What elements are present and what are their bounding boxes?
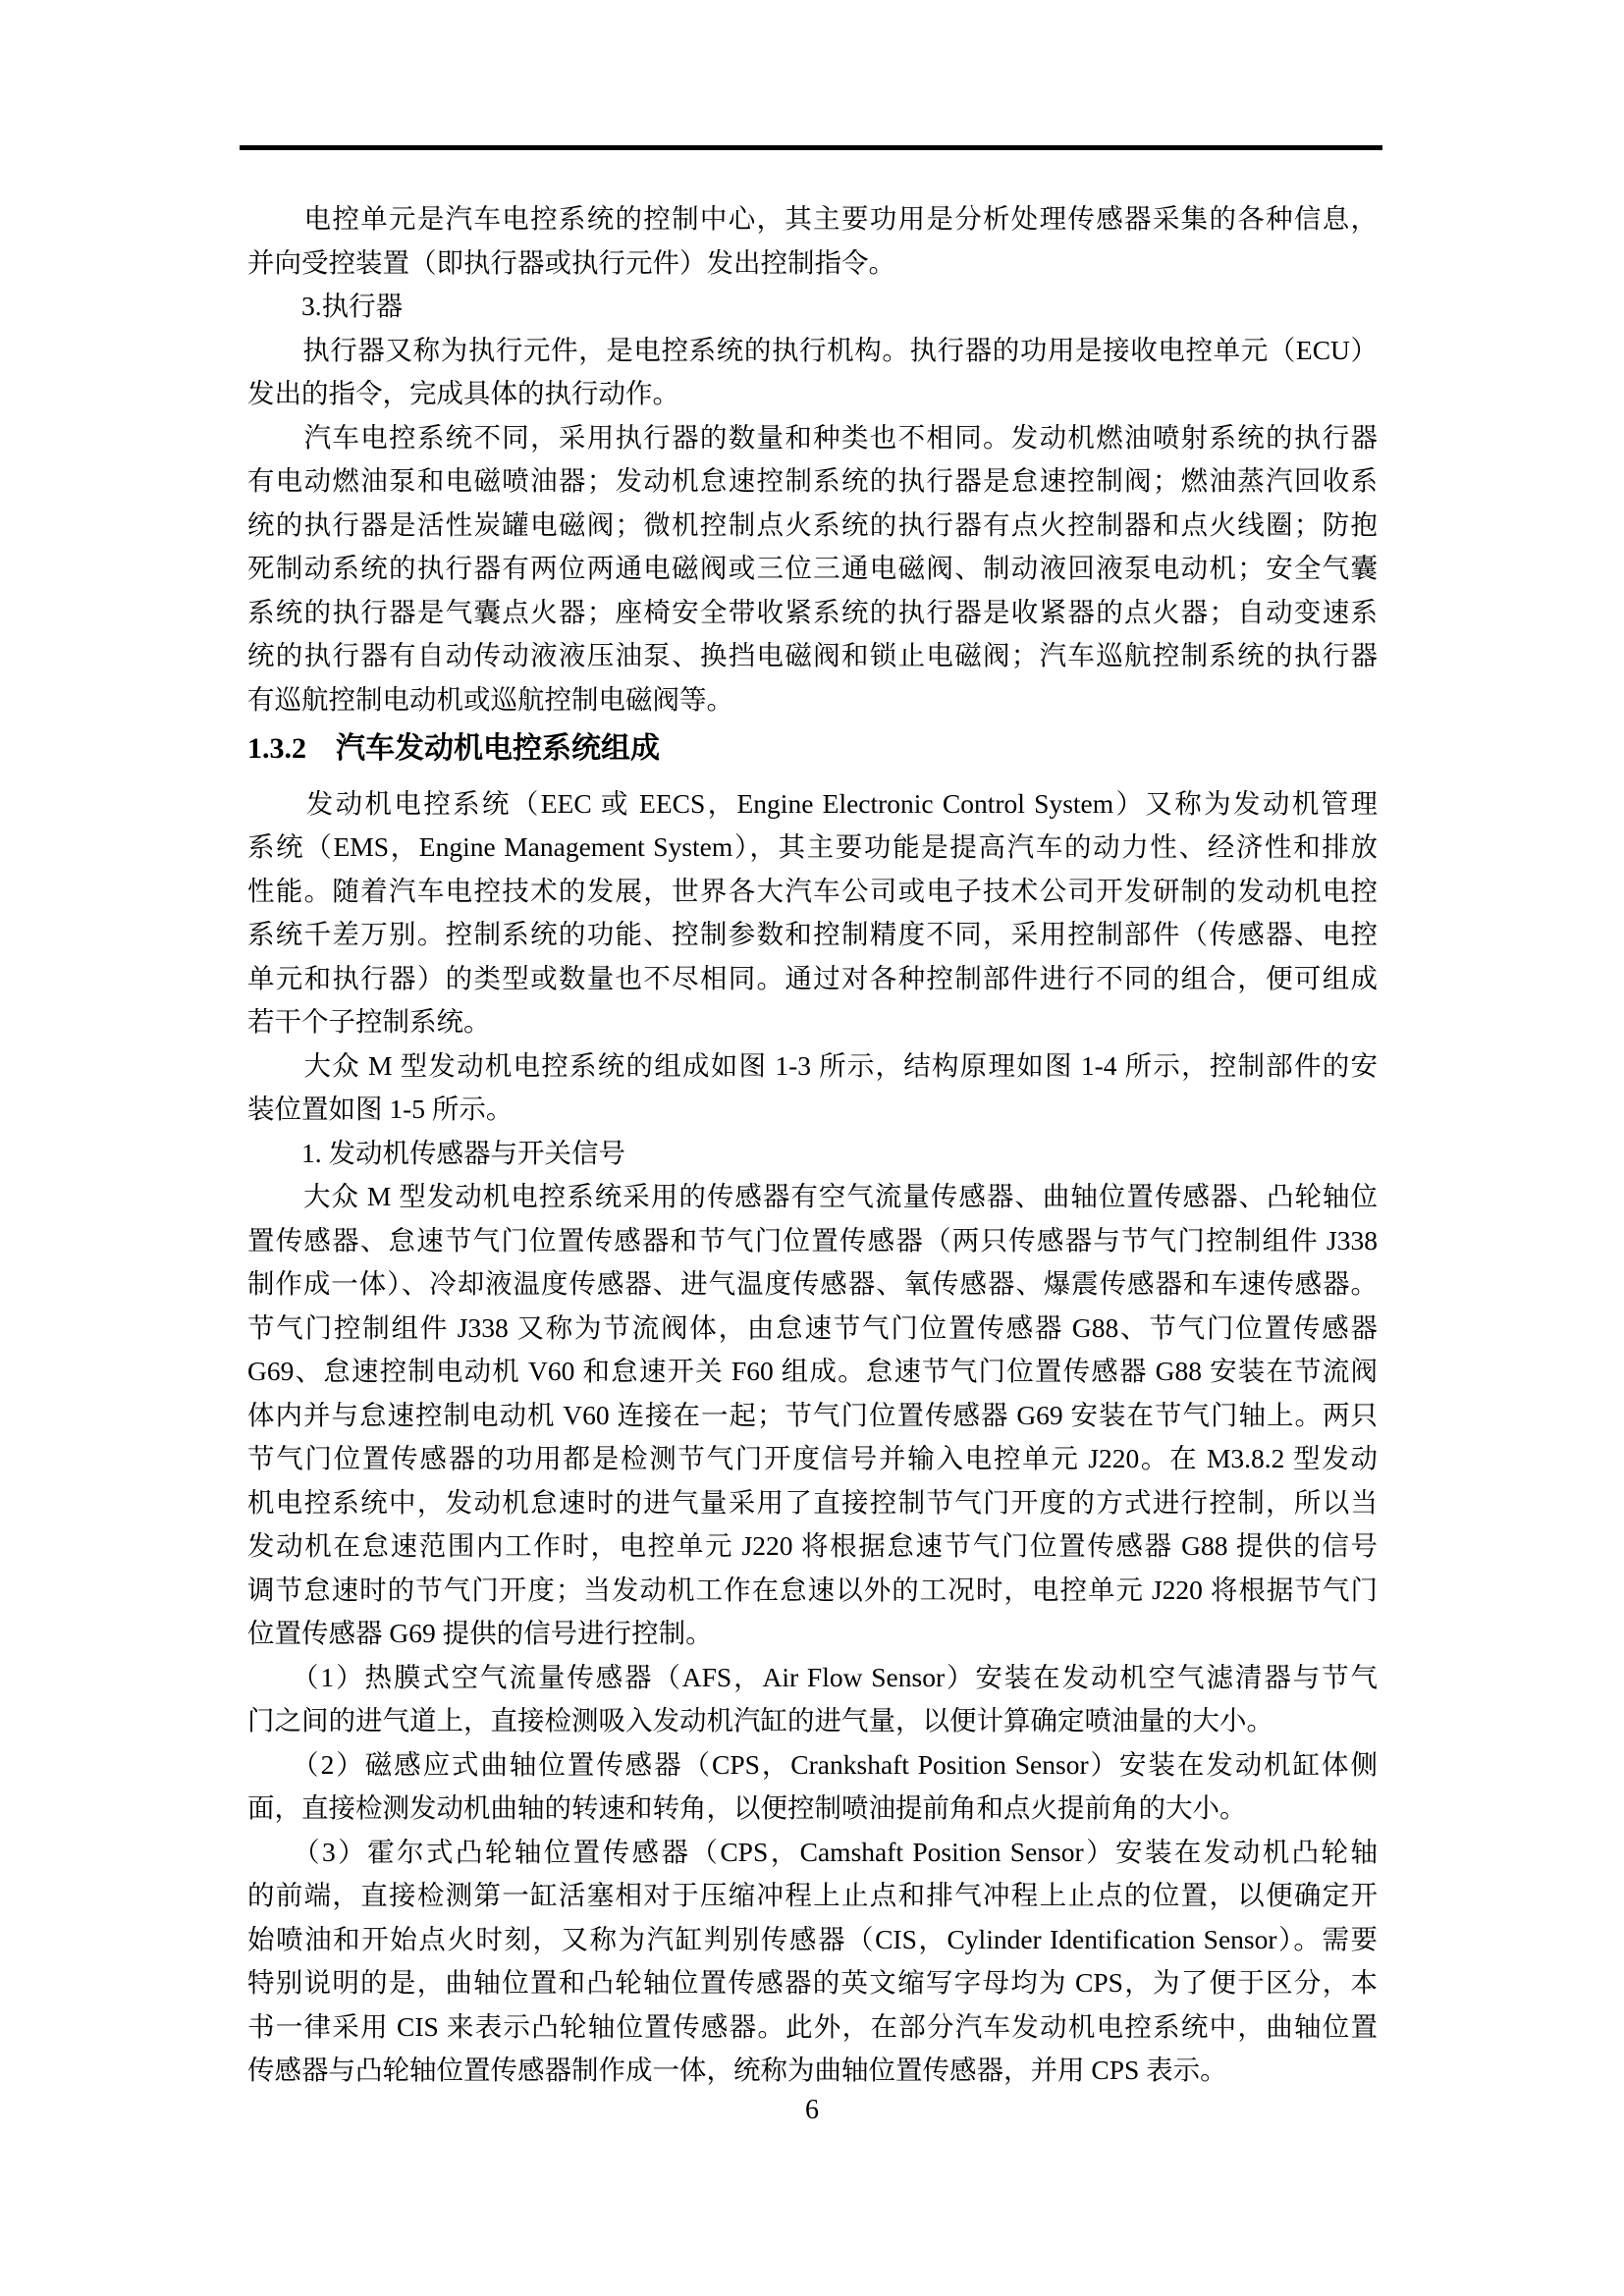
paragraph: （1）热膜式空气流量传感器（AFS，Air Flow Sensor）安装在发动机… xyxy=(247,1656,1378,1743)
text-line: 发动机电控系统（EEC 或 EECS，Engine Electronic Con… xyxy=(247,782,1378,827)
text-line: 发动机在怠速范围内工作时，电控单元 J220 将根据怠速节气门位置传感器 G88… xyxy=(247,1524,1378,1569)
paragraph: 电控单元是汽车电控系统的控制中心，其主要功用是分析处理传感器采集的各种信息，并向… xyxy=(247,197,1378,285)
text-line: G69、怠速控制电动机 V60 和怠速开关 F60 组成。怠速节气门位置传感器 … xyxy=(247,1350,1378,1394)
header-rule xyxy=(240,145,1382,150)
text-line: 发出的指令，完成具体的执行动作。 xyxy=(247,372,1378,416)
text-line: 汽车电控系统不同，采用执行器的数量和种类也不相同。发动机燃油喷射系统的执行器 xyxy=(247,416,1378,460)
text-line: 传感器与凸轮轴位置传感器制作成一体，统称为曲轴位置传感器，并用 CPS 表示。 xyxy=(247,2049,1378,2093)
text-line: 并向受控装置（即执行器或执行元件）发出控制指令。 xyxy=(247,241,1378,286)
text-line: 机电控系统中，发动机怠速时的进气量采用了直接控制节气门开度的方式进行控制，所以当 xyxy=(247,1481,1378,1525)
text-line: （2）磁感应式曲轴位置传感器（CPS，Crankshaft Position S… xyxy=(247,1743,1378,1788)
text-line: 有电动燃油泵和电磁喷油器；发动机怠速控制系统的执行器是怠速控制阀；燃油蒸汽回收系 xyxy=(247,459,1378,504)
paragraph: 大众 M 型发动机电控系统采用的传感器有空气流量传感器、曲轴位置传感器、凸轮轴位… xyxy=(247,1175,1378,1656)
text-line: 若干个子控制系统。 xyxy=(247,1000,1378,1044)
text-line: 3.执行器 xyxy=(247,285,1378,329)
text-line: 的前端，直接检测第一缸活塞相对于压缩冲程上止点和排气冲程上止点的位置，以便确定开 xyxy=(247,1874,1378,1918)
text-line: 系统（EMS，Engine Management System），其主要功能是提… xyxy=(247,826,1378,870)
text-line: 统的执行器有自动传动液液压油泵、换挡电磁阀和锁止电磁阀；汽车巡航控制系统的执行器 xyxy=(247,634,1378,678)
text-line: 门之间的进气道上，直接检测吸入发动机汽缸的进气量，以便计算确定喷油量的大小。 xyxy=(247,1699,1378,1743)
paragraph: （2）磁感应式曲轴位置传感器（CPS，Crankshaft Position S… xyxy=(247,1743,1378,1831)
text-line: 特别说明的是，曲轴位置和凸轮轴位置传感器的英文缩写字母均为 CPS，为了便于区分… xyxy=(247,1961,1378,2005)
text-line: 系统的执行器是气囊点火器；座椅安全带收紧系统的执行器是收紧器的点火器；自动变速系 xyxy=(247,591,1378,635)
document-page: 电控单元是汽车电控系统的控制中心，其主要功用是分析处理传感器采集的各种信息，并向… xyxy=(0,0,1624,2296)
sub-heading-line: 3.执行器 xyxy=(247,285,1378,329)
text-line: 大众 M 型发动机电控系统采用的传感器有空气流量传感器、曲轴位置传感器、凸轮轴位 xyxy=(247,1175,1378,1219)
text-line: 置传感器、怠速节气门位置传感器和节气门位置传感器（两只传感器与节气门控制组件 J… xyxy=(247,1219,1378,1263)
text-line: 性能。随着汽车电控技术的发展，世界各大汽车公司或电子技术公司开发研制的发动机电控 xyxy=(247,870,1378,914)
text-line: 执行器又称为执行元件，是电控系统的执行机构。执行器的功用是接收电控单元（ECU） xyxy=(247,329,1378,373)
text-line: 体内并与怠速控制电动机 V60 连接在一起；节气门位置传感器 G69 安装在节气… xyxy=(247,1394,1378,1438)
text-line: 死制动系统的执行器有两位两通电磁阀或三位三通电磁阀、制动液回液泵电动机；安全气囊 xyxy=(247,547,1378,591)
paragraph: 汽车电控系统不同，采用执行器的数量和种类也不相同。发动机燃油喷射系统的执行器有电… xyxy=(247,416,1378,722)
paragraph: （3）霍尔式凸轮轴位置传感器（CPS，Camshaft Position Sen… xyxy=(247,1831,1378,2093)
text-line: 制作成一体）、冷却液温度传感器、进气温度传感器、氧传感器、爆震传感器和车速传感器… xyxy=(247,1262,1378,1307)
text-line: 有巡航控制电动机或巡航控制电磁阀等。 xyxy=(247,678,1378,722)
page-body: 电控单元是汽车电控系统的控制中心，其主要功用是分析处理传感器采集的各种信息，并向… xyxy=(247,197,1378,2093)
paragraph: 大众 M 型发动机电控系统的组成如图 1-3 所示，结构原理如图 1-4 所示，… xyxy=(247,1044,1378,1132)
text-line: （3）霍尔式凸轮轴位置传感器（CPS，Camshaft Position Sen… xyxy=(247,1831,1378,1875)
text-line: 单元和执行器）的类型或数量也不尽相同。通过对各种控制部件进行不同的组合，便可组成 xyxy=(247,957,1378,1001)
text-line: 书一律采用 CIS 来表示凸轮轴位置传感器。此外，在部分汽车发动机电控系统中，曲… xyxy=(247,2005,1378,2050)
text-line: 统的执行器是活性炭罐电磁阀；微机控制点火系统的执行器有点火控制器和点火线圈；防抱 xyxy=(247,504,1378,548)
text-line: 调节怠速时的节气门开度；当发动机工作在怠速以外的工况时，电控单元 J220 将根… xyxy=(247,1569,1378,1613)
text-line: 系统千差万别。控制系统的功能、控制参数和控制精度不同，采用控制部件（传感器、电控 xyxy=(247,913,1378,957)
paragraph: 执行器又称为执行元件，是电控系统的执行机构。执行器的功用是接收电控单元（ECU）… xyxy=(247,329,1378,416)
text-line: 节气门控制组件 J338 又称为节流阀体，由怠速节气门位置传感器 G88、节气门… xyxy=(247,1307,1378,1351)
text-line: （1）热膜式空气流量传感器（AFS，Air Flow Sensor）安装在发动机… xyxy=(247,1656,1378,1700)
page-number: 6 xyxy=(0,2091,1624,2130)
text-line: 节气门位置传感器的功用都是检测节气门开度信号并输入电控单元 J220。在 M3.… xyxy=(247,1437,1378,1481)
text-line: 装位置如图 1-5 所示。 xyxy=(247,1088,1378,1132)
text-line: 1. 发动机传感器与开关信号 xyxy=(247,1132,1378,1176)
text-line: 始喷油和开始点火时刻，又称为汽缸判别传感器（CIS，Cylinder Ident… xyxy=(247,1918,1378,1962)
text-line: 面，直接检测发动机曲轴的转速和转角，以便控制喷油提前角和点火提前角的大小。 xyxy=(247,1787,1378,1831)
paragraph: 发动机电控系统（EEC 或 EECS，Engine Electronic Con… xyxy=(247,782,1378,1044)
sub-heading-line: 1. 发动机传感器与开关信号 xyxy=(247,1132,1378,1176)
text-line: 大众 M 型发动机电控系统的组成如图 1-3 所示，结构原理如图 1-4 所示，… xyxy=(247,1044,1378,1089)
section-heading-text: 1.3.2 汽车发动机电控系统组成 xyxy=(247,727,1378,772)
text-line: 位置传感器 G69 提供的信号进行控制。 xyxy=(247,1612,1378,1656)
text-line: 电控单元是汽车电控系统的控制中心，其主要功用是分析处理传感器采集的各种信息， xyxy=(247,197,1378,241)
section-heading: 1.3.2 汽车发动机电控系统组成 xyxy=(247,727,1378,772)
